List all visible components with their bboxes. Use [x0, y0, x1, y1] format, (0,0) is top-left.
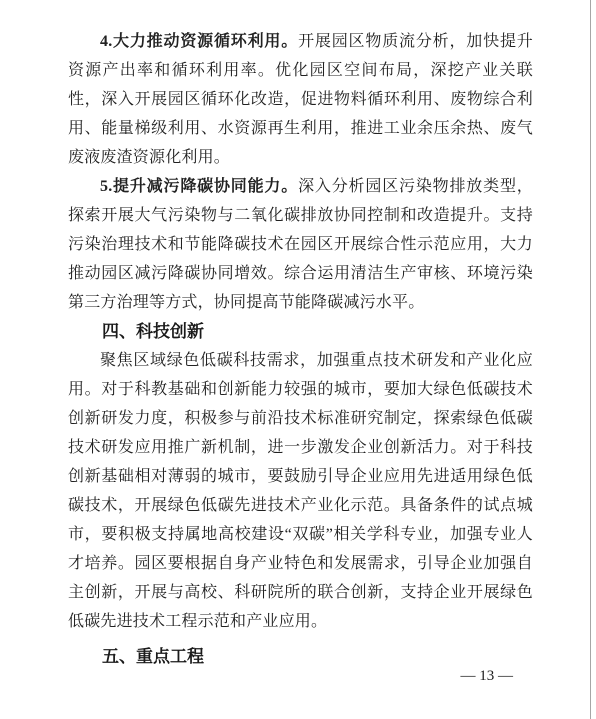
section-heading-technology-innovation: 四、科技创新: [68, 317, 533, 346]
page-content: 4.大力推动资源循环利用。开展园区物质流分析，加快提升资源产出率和循环利用率。优…: [68, 27, 533, 671]
page-edge-line: [590, 0, 591, 719]
paragraph-item-5-text: 深入分析园区污染物排放类型，探索开展大气污染物与二氧化碳排放协同控制和改造提升。…: [68, 178, 533, 311]
paragraph-item-4-text: 开展园区物质流分析，加快提升资源产出率和循环利用率。优化园区空间布局，深挖产业关…: [68, 33, 533, 166]
paragraph-technology-innovation-text: 聚焦区域绿色低碳科技需求，加强重点技术研发和产业化应用。对于科教基础和创新能力较…: [68, 352, 533, 630]
paragraph-item-5: 5.提升减污降碳协同能力。深入分析园区污染物排放类型，探索开展大气污染物与二氧化…: [68, 172, 533, 317]
paragraph-item-5-lead: 5.提升减污降碳协同能力。: [100, 178, 298, 195]
paragraph-item-4: 4.大力推动资源循环利用。开展园区物质流分析，加快提升资源产出率和循环利用率。优…: [68, 27, 533, 172]
page-number: — 13 —: [461, 667, 514, 685]
document-page: 4.大力推动资源循环利用。开展园区物质流分析，加快提升资源产出率和循环利用率。优…: [0, 0, 596, 719]
paragraph-technology-innovation: 聚焦区域绿色低碳科技需求，加强重点技术研发和产业化应用。对于科教基础和创新能力较…: [68, 346, 533, 636]
paragraph-item-4-lead: 4.大力推动资源循环利用。: [100, 33, 298, 50]
